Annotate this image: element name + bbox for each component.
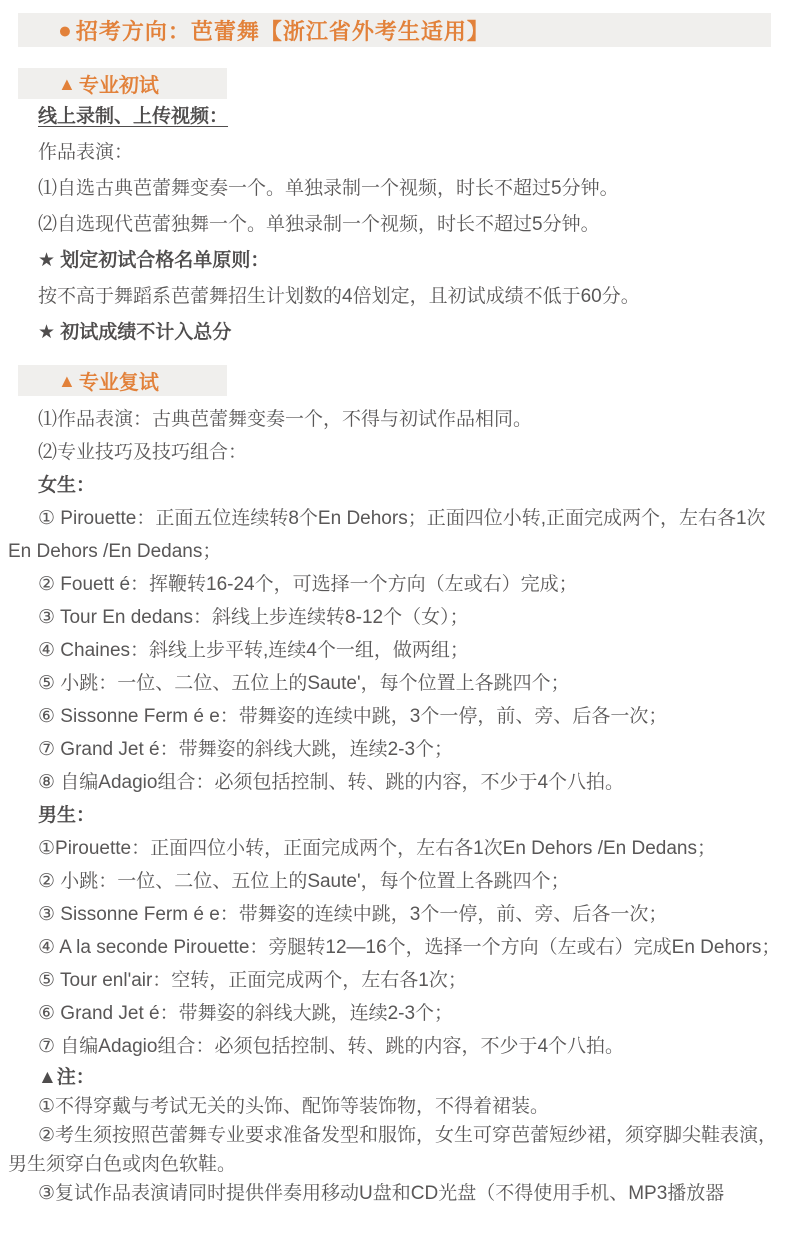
note-item: ②考生须按照芭蕾舞专业要求准备发型和服饰，女生可穿芭蕾短纱裙，须穿脚尖鞋表演，男… <box>8 1121 781 1179</box>
list-item: ⑧ 自编Adagio组合：必须包括控制、转、跳的内容，不少于4个八拍。 <box>8 766 781 799</box>
second-round-content: ⑴作品表演：古典芭蕾舞变奏一个，不得与初试作品相同。 ⑵专业技巧及技巧组合： 女… <box>0 403 789 1063</box>
triangle-icon: ▲ <box>58 75 76 93</box>
paragraph: 男生： <box>8 799 781 832</box>
list-item: ⑵自选现代芭蕾独舞一个。单独录制一个视频，时长不超过5分钟。 <box>8 207 781 243</box>
paragraph: 按不高于舞蹈系芭蕾舞招生计划数的4倍划定，且初试成绩不低于60分。 <box>8 279 781 315</box>
paragraph: 线上录制、上传视频： <box>8 99 781 135</box>
list-item: ⑥ Sissonne Ferm é e：带舞姿的连续中跳，3个一停，前、旁、后各… <box>8 700 781 733</box>
section-header-label: 专业复试 <box>79 366 159 395</box>
first-round-content: 线上录制、上传视频： 作品表演： ⑴自选古典芭蕾舞变奏一个。单独录制一个视频，时… <box>0 99 789 351</box>
list-item: ① Pirouette：正面五位连续转8个En Dehors；正面四位小转,正面… <box>8 502 781 568</box>
list-item: ⑦ Grand Jet é：带舞姿的斜线大跳，连续2-3个； <box>8 733 781 766</box>
page-title: ● 招考方向：芭蕾舞【浙江省外考生适用】 <box>18 13 771 47</box>
page-title-text: 招考方向：芭蕾舞【浙江省外考生适用】 <box>76 15 490 46</box>
list-item: ①Pirouette：正面四位小转，正面完成两个，左右各1次En Dehors … <box>8 832 781 865</box>
list-item: ⑤ 小跳：一位、二位、五位上的Saute'，每个位置上各跳四个； <box>8 667 781 700</box>
paragraph: ★ 划定初试合格名单原则： <box>8 243 781 279</box>
paragraph: 女生： <box>8 469 781 502</box>
list-item: ⑥ Grand Jet é：带舞姿的斜线大跳，连续2-3个； <box>8 997 781 1030</box>
notes-content: ▲注： ①不得穿戴与考试无关的头饰、配饰等装饰物，不得着裙装。 ②考生须按照芭蕾… <box>0 1063 789 1208</box>
list-item: ⑦ 自编Adagio组合：必须包括控制、转、跳的内容，不少于4个八拍。 <box>8 1030 781 1063</box>
list-item: ③ Tour En dedans：斜线上步连续转8-12个（女）； <box>8 601 781 634</box>
note-item: ③复试作品表演请同时提供伴奏用移动U盘和CD光盘（不得使用手机、MP3播放器 <box>8 1179 781 1208</box>
section-header-first-round: ▲ 专业初试 <box>18 68 227 99</box>
bullet-icon: ● <box>58 19 73 42</box>
list-item: ② Fouett é：挥鞭转16-24个，可选择一个方向（左或右）完成； <box>8 568 781 601</box>
paragraph: ★ 初试成绩不计入总分 <box>8 315 781 351</box>
list-item: ③ Sissonne Ferm é e：带舞姿的连续中跳，3个一停，前、旁、后各… <box>8 898 781 931</box>
list-item: ⑴作品表演：古典芭蕾舞变奏一个，不得与初试作品相同。 <box>8 403 781 436</box>
list-item: ④ Chaines：斜线上步平转,连续4个一组，做两组； <box>8 634 781 667</box>
note-heading: ▲注： <box>8 1063 781 1092</box>
list-item: ⑴自选古典芭蕾舞变奏一个。单独录制一个视频，时长不超过5分钟。 <box>8 171 781 207</box>
section-header-second-round: ▲ 专业复试 <box>18 365 227 396</box>
document-page: ● 招考方向：芭蕾舞【浙江省外考生适用】 ▲ 专业初试 线上录制、上传视频： 作… <box>0 0 789 1238</box>
paragraph: 作品表演： <box>8 135 781 171</box>
list-item: ⑤ Tour enl'air：空转，正面完成两个，左右各1次； <box>8 964 781 997</box>
note-item: ①不得穿戴与考试无关的头饰、配饰等装饰物，不得着裙装。 <box>8 1092 781 1121</box>
list-item: ⑵专业技巧及技巧组合： <box>8 436 781 469</box>
triangle-icon: ▲ <box>58 372 76 390</box>
list-item: ② 小跳：一位、二位、五位上的Saute'，每个位置上各跳四个； <box>8 865 781 898</box>
list-item: ④ A la seconde Pirouette：旁腿转12—16个，选择一个方… <box>8 931 781 964</box>
section-header-label: 专业初试 <box>79 69 159 98</box>
